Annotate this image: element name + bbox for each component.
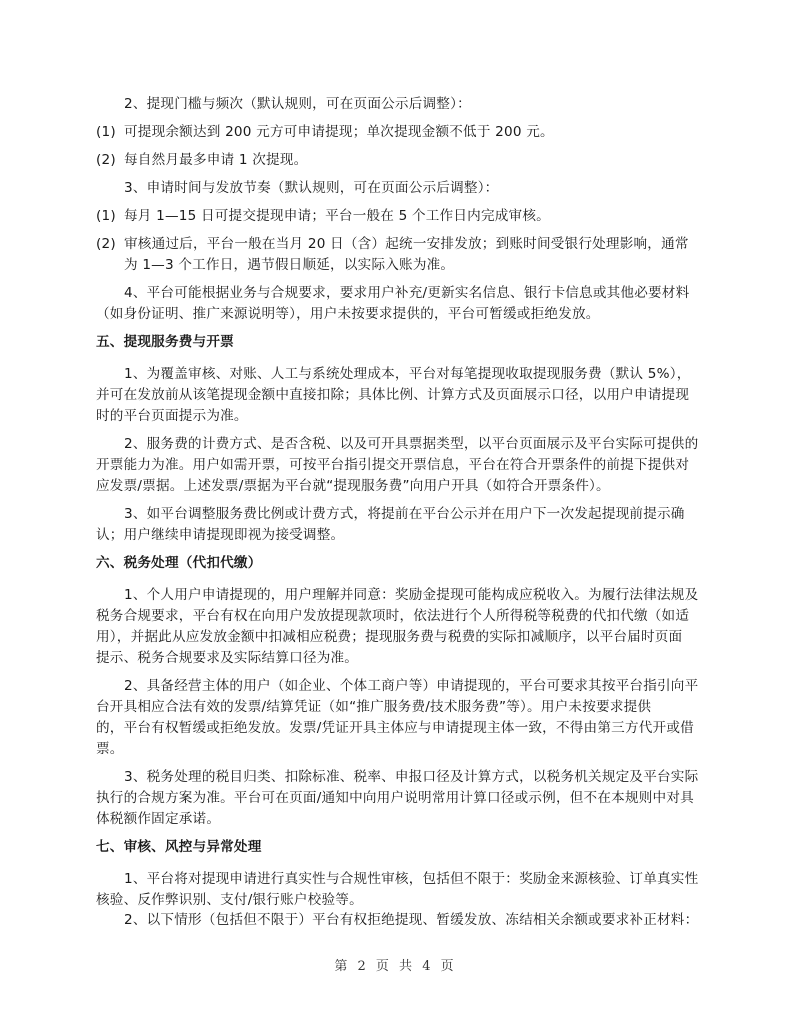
list-item: (1)每月 1—15 日可提交提现申请；平台一般在 5 个工作日内完成审核。 (96, 206, 686, 227)
text-line: 1、个人用户申请提现的，用户理解并同意：奖励金提现可能构成应税收入。为履行法律法… (124, 587, 698, 603)
text-line: 3、税务处理的税目归类、扣除标准、税率、申报口径及计算方式，以税务机关规定及平台… (124, 769, 698, 785)
paragraph: 3、税务处理的税目归类、扣除标准、税率、申报口径及计算方式，以税务机关规定及平台… (96, 767, 686, 788)
text-line: 开票能力为准。用户如需开票，可按平台指引提交开票信息，平台在符合开票条件的前提下… (96, 457, 689, 473)
text-line: （如身份证明、推广来源说明等），用户未按要求提供的，平台可暂缓或拒绝发放。 (96, 306, 600, 322)
text-line: 执行的合规方案为准。平台可在页面/通知中向用户说明常用计算口径或示例，但不在本规… (96, 790, 694, 806)
text-line: 2、提现门槛与频次（默认规则，可在页面公示后调整）： (124, 96, 471, 112)
text-line: 核验、反作弊识别、支付/银行账户校验等。 (96, 892, 363, 908)
list-item: (2)审核通过后，平台一般在当月 20 日（含）起统一安排发放；到账时间受银行处… (96, 234, 686, 255)
section-heading-7: 七、审核、风控与异常处理 (96, 837, 686, 858)
paragraph: 2、提现门槛与频次（默认规则，可在页面公示后调整）： (96, 94, 686, 115)
page-number-footer: 第 2 页 共 4 页 (0, 955, 791, 974)
text-line: 2、以下情形（包括但不限于）平台有权拒绝提现、暂缓发放、冻结相关余额或要求补正材… (124, 912, 698, 928)
text-line: 台开具相应合法有效的发票/结算凭证（如“推广服务费/技术服务费”等）。用户未按要… (96, 699, 651, 715)
text-line: 审核通过后，平台一般在当月 20 日（含）起统一安排发放；到账时间受银行处理影响… (124, 234, 689, 255)
paragraph: 1、为覆盖审核、对账、人工与系统处理成本，平台对每笔提现收取提现服务费（默认 5… (96, 364, 686, 385)
paragraph: 2、具备经营主体的用户（如企业、个体工商户等）申请提现的，平台可要求其按平台指引… (96, 676, 686, 697)
paragraph-line: 税务合规要求，平台有权在向用户发放提现款项时，依法进行个人所得税等税费的代扣代缴… (96, 606, 686, 627)
paragraph-line: 票。 (96, 739, 686, 760)
list-item: (2)每自然月最多申请 1 次提现。 (96, 150, 686, 171)
text-line: 票。 (96, 741, 124, 757)
text-line: 提示、税务合规要求及实际结算口径为准。 (96, 650, 358, 666)
text-line: 4、平台可能根据业务与合规要求，要求用户补充/更新实名信息、银行卡信息或其他必要… (124, 285, 689, 301)
text-line: 为 1—3 个工作日，遇节假日顺延，以实际入账为准。 (124, 257, 454, 273)
text-line: 1、平台将对提现申请进行真实性与合规性审核，包括但不限于：奖励金来源核验、订单真… (124, 871, 698, 887)
text-line: 每月 1—15 日可提交提现申请；平台一般在 5 个工作日内完成审核。 (124, 206, 686, 227)
heading-text: 五、提现服务费与开票 (96, 334, 234, 350)
text-line: 每自然月最多申请 1 次提现。 (124, 150, 686, 171)
paragraph: 1、个人用户申请提现的，用户理解并同意：奖励金提现可能构成应税收入。为履行法律法… (96, 585, 686, 606)
text-line: 时的平台页面提示为准。 (96, 408, 248, 424)
text-line: 用），并据此从应发放金额中扣减相应税费；提现服务费与税费的实际扣减顺序，以平台届… (96, 629, 682, 645)
paragraph: 3、申请时间与发放节奏（默认规则，可在页面公示后调整）： (96, 178, 686, 199)
text-line: 3、如平台调整服务费比例或计费方式，将提前在平台公示并在用户下一次发起提现前提示… (124, 506, 685, 522)
list-item-continuation: 为 1—3 个工作日，遇节假日顺延，以实际入账为准。 (96, 255, 686, 276)
text-line: 3、申请时间与发放节奏（默认规则，可在页面公示后调整）： (124, 180, 498, 196)
heading-text: 六、税务处理（代扣代缴） (96, 555, 262, 571)
text-line: 1、为覆盖审核、对账、人工与系统处理成本，平台对每笔提现收取提现服务费（默认 5… (124, 366, 691, 382)
paragraph-line: 执行的合规方案为准。平台可在页面/通知中向用户说明常用计算口径或示例，但不在本规… (96, 788, 686, 809)
text-line: 应发票/票据。上述发票/票据为平台就“提现服务费”向用户开具（如符合开票条件）。 (96, 478, 610, 494)
paragraph-line: 应发票/票据。上述发票/票据为平台就“提现服务费”向用户开具（如符合开票条件）。 (96, 476, 686, 497)
text-line: 税务合规要求，平台有权在向用户发放提现款项时，依法进行个人所得税等税费的代扣代缴… (96, 608, 689, 624)
text-line: 2、服务费的计费方式、是否含税、以及可开具票据类型，以平台页面展示及平台实际可提… (124, 436, 698, 452)
item-number: (2) (96, 234, 124, 255)
paragraph-line: 台开具相应合法有效的发票/结算凭证（如“推广服务费/技术服务费”等）。用户未按要… (96, 697, 686, 718)
text-line: 2、具备经营主体的用户（如企业、个体工商户等）申请提现的，平台可要求其按平台指引… (124, 678, 698, 694)
paragraph: 3、如平台调整服务费比例或计费方式，将提前在平台公示并在用户下一次发起提现前提示… (96, 504, 686, 525)
paragraph-line: 开票能力为准。用户如需开票，可按平台指引提交开票信息，平台在符合开票条件的前提下… (96, 455, 686, 476)
heading-text: 七、审核、风控与异常处理 (96, 839, 262, 855)
item-number: (1) (96, 206, 124, 227)
item-number: (2) (96, 150, 124, 171)
paragraph: 2、服务费的计费方式、是否含税、以及可开具票据类型，以平台页面展示及平台实际可提… (96, 434, 686, 455)
paragraph-line: 时的平台页面提示为准。 (96, 406, 686, 427)
paragraph: 4、平台可能根据业务与合规要求，要求用户补充/更新实名信息、银行卡信息或其他必要… (96, 283, 686, 304)
text-line: 可提现余额达到 200 元方可申请提现；单次提现金额不低于 200 元。 (124, 122, 686, 143)
paragraph-line: 核验、反作弊识别、支付/银行账户校验等。 (96, 890, 686, 911)
paragraph: 2、以下情形（包括但不限于）平台有权拒绝提现、暂缓发放、冻结相关余额或要求补正材… (96, 910, 686, 931)
paragraph-line: 并可在发放前从该笔提现金额中直接扣除；具体比例、计算方式及页面展示口径，以用户申… (96, 385, 686, 406)
list-item: (1)可提现余额达到 200 元方可申请提现；单次提现金额不低于 200 元。 (96, 122, 686, 143)
paragraph-line: 提示、税务合规要求及实际结算口径为准。 (96, 648, 686, 669)
paragraph-line: 用），并据此从应发放金额中扣减相应税费；提现服务费与税费的实际扣减顺序，以平台届… (96, 627, 686, 648)
paragraph-line: （如身份证明、推广来源说明等），用户未按要求提供的，平台可暂缓或拒绝发放。 (96, 304, 686, 325)
paragraph-line: 认；用户继续申请提现即视为接受调整。 (96, 525, 686, 546)
paragraph-line: 的，平台有权暂缓或拒绝发放。发票/凭证开具主体应与申请提现主体一致，不得由第三方… (96, 718, 686, 739)
item-number: (1) (96, 122, 124, 143)
text-line: 体税额作固定承诺。 (96, 811, 220, 827)
text-line: 的，平台有权暂缓或拒绝发放。发票/凭证开具主体应与申请提现主体一致，不得由第三方… (96, 720, 694, 736)
section-heading-5: 五、提现服务费与开票 (96, 332, 686, 353)
text-line: 认；用户继续申请提现即视为接受调整。 (96, 527, 344, 543)
paragraph-line: 体税额作固定承诺。 (96, 809, 686, 830)
paragraph: 1、平台将对提现申请进行真实性与合规性审核，包括但不限于：奖励金来源核验、订单真… (96, 869, 686, 890)
section-heading-6: 六、税务处理（代扣代缴） (96, 553, 686, 574)
text-line: 并可在发放前从该笔提现金额中直接扣除；具体比例、计算方式及页面展示口径，以用户申… (96, 387, 689, 403)
